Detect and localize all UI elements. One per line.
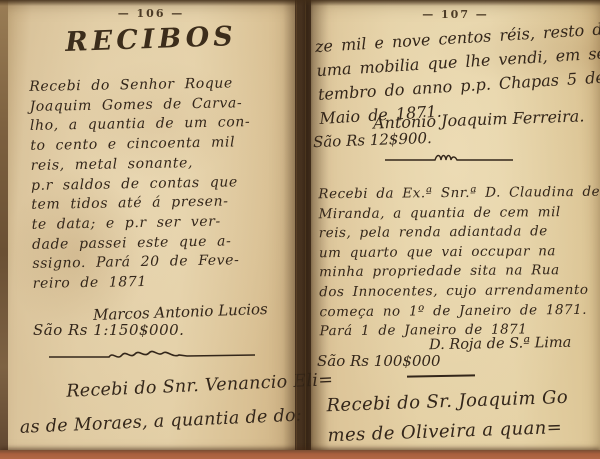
divider-line (407, 374, 475, 377)
left-page: — 106 — RECIBOS Recebi do Senhor Roque J… (7, 0, 295, 451)
receipt-line: um quarto que vai occupar na (319, 242, 600, 264)
page-number-right: — 107 — (311, 8, 600, 21)
receipt-line: reiro de 1871 (33, 271, 254, 295)
receipt-line: to cento e cincoenta mil (30, 133, 251, 157)
section-title: RECIBOS (7, 19, 296, 60)
receipt-body-right-3: Recebi do Sr. Joaquim Go mes de Oliveira… (326, 383, 570, 451)
book-top-edge (0, 0, 600, 6)
book-left-edge (0, 0, 8, 459)
amount-line: São Rs 12$900. (313, 129, 432, 151)
receipt-body-right-2: Recebi da Ex.ª Snr.ª D. Claudina de Mira… (318, 183, 600, 342)
receipt-line: começa no 1º de Janeiro de 1871. (319, 300, 600, 322)
receipt-line: ssigno. Pará 20 de Feve- (32, 251, 253, 275)
right-page: — 107 — ze mil e nove centos réis, resto… (311, 0, 600, 451)
receipt-line: reis, pela renda adiantada de (319, 222, 600, 244)
book-bottom-edge (0, 450, 600, 459)
page-edge-line (296, 0, 297, 451)
book-scan: — 106 — RECIBOS Recebi do Senhor Roque J… (0, 0, 600, 459)
flourish-divider (47, 347, 257, 365)
receipt-line: Miranda, a quantia de cem mil (318, 202, 600, 224)
flourish-divider (383, 152, 515, 166)
receipt-body-left-2: Recebi do Snr. Venancio Eli= as de Morae… (18, 363, 336, 445)
amount-line: São Rs 1:150$000. (33, 321, 184, 339)
gutter-crease (305, 0, 306, 451)
page-number-left: — 106 — (7, 7, 295, 20)
signature-line: D. Roja de S.ª Lima (429, 335, 572, 353)
receipt-line: minha propriedade sita na Rua (319, 261, 600, 283)
receipt-body-left: Recebi do Senhor Roque Joaquim Gomes de … (29, 74, 253, 295)
receipt-line: Recebi da Ex.ª Snr.ª D. Claudina de (318, 183, 600, 205)
amount-line: São Rs 100$000 (317, 352, 441, 370)
receipt-line: dos Innocentes, cujo arrendamento (319, 281, 600, 303)
